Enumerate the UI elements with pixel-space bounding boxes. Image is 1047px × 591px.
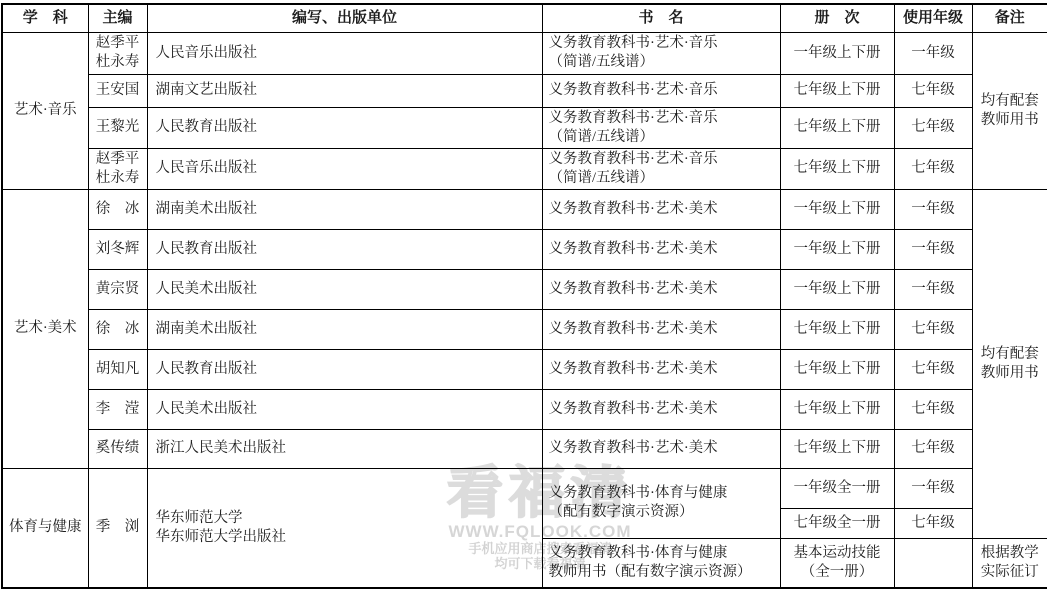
- chief-editor-cell: 王安国: [88, 74, 147, 107]
- publisher-cell: 人民美术出版社: [147, 389, 542, 429]
- header-book-title: 书 名: [542, 4, 780, 32]
- volume-cell: 一年级上下册: [780, 229, 894, 269]
- table-row: 艺术·音乐赵季平 杜永寿人民音乐出版社义务教育教科书·艺术·音乐 （简谱/五线谱…: [2, 32, 1047, 74]
- book-title-cell: 义务教育教科书·艺术·美术: [542, 269, 780, 309]
- volume-cell: 七年级上下册: [780, 74, 894, 107]
- grade-cell: 七年级: [894, 349, 972, 389]
- chief-editor-cell: 王黎光: [88, 107, 147, 148]
- subject-cell: 艺术·美术: [2, 189, 88, 468]
- header-remark: 备注: [972, 4, 1047, 32]
- remark-cell: 均有配套 教师用书: [972, 32, 1047, 189]
- table-row: 王安国湖南文艺出版社义务教育教科书·艺术·音乐七年级上下册七年级: [2, 74, 1047, 107]
- book-title-cell: 义务教育教科书·艺术·音乐: [542, 74, 780, 107]
- book-title-cell: 义务教育教科书·艺术·美术: [542, 309, 780, 349]
- publisher-cell: 浙江人民美术出版社: [147, 429, 542, 468]
- publisher-cell: 人民美术出版社: [147, 269, 542, 309]
- grade-cell: 七年级: [894, 107, 972, 148]
- volume-cell: 七年级上下册: [780, 148, 894, 189]
- publisher-cell: 人民教育出版社: [147, 107, 542, 148]
- header-publisher: 编写、出版单位: [147, 4, 542, 32]
- publisher-cell: 人民教育出版社: [147, 349, 542, 389]
- chief-editor-cell: 赵季平 杜永寿: [88, 32, 147, 74]
- header-grade: 使用年级: [894, 4, 972, 32]
- chief-editor-cell: 李 滢: [88, 389, 147, 429]
- table-row: 体育与健康季 浏华东师范大学 华东师范大学出版社义务教育教科书·体育与健康 （配…: [2, 468, 1047, 508]
- table-row: 赵季平 杜永寿人民音乐出版社义务教育教科书·艺术·音乐 （简谱/五线谱）七年级上…: [2, 148, 1047, 189]
- volume-cell: 七年级全一册: [780, 508, 894, 538]
- table-row: 徐 冰湖南美术出版社义务教育教科书·艺术·美术七年级上下册七年级: [2, 309, 1047, 349]
- publisher-cell: 人民音乐出版社: [147, 148, 542, 189]
- header-chief-editor: 主编: [88, 4, 147, 32]
- chief-editor-cell: 徐 冰: [88, 309, 147, 349]
- volume-cell: 一年级全一册: [780, 468, 894, 508]
- book-title-cell: 义务教育教科书·体育与健康 （配有数字演示资源）: [542, 468, 780, 538]
- chief-editor-cell: 徐 冰: [88, 189, 147, 229]
- table-row: 胡知凡人民教育出版社义务教育教科书·艺术·美术七年级上下册七年级: [2, 349, 1047, 389]
- grade-cell: 一年级: [894, 468, 972, 508]
- volume-cell: 七年级上下册: [780, 389, 894, 429]
- publisher-cell: 湖南美术出版社: [147, 309, 542, 349]
- table-body: 艺术·音乐赵季平 杜永寿人民音乐出版社义务教育教科书·艺术·音乐 （简谱/五线谱…: [2, 32, 1047, 588]
- grade-cell: 七年级: [894, 429, 972, 468]
- subject-cell: 体育与健康: [2, 468, 88, 588]
- chief-editor-cell: 奚传绩: [88, 429, 147, 468]
- book-title-cell: 义务教育教科书·艺术·美术: [542, 349, 780, 389]
- header-row: 学 科主编编写、出版单位书 名册 次使用年级备注: [2, 4, 1047, 32]
- volume-cell: 一年级上下册: [780, 189, 894, 229]
- grade-cell: 七年级: [894, 389, 972, 429]
- remark-cell: 均有配套 教师用书: [972, 189, 1047, 538]
- publisher-cell: 湖南美术出版社: [147, 189, 542, 229]
- volume-cell: 七年级上下册: [780, 107, 894, 148]
- book-title-cell: 义务教育教科书·艺术·音乐 （简谱/五线谱）: [542, 148, 780, 189]
- chief-editor-cell: 刘冬辉: [88, 229, 147, 269]
- book-title-cell: 义务教育教科书·艺术·音乐 （简谱/五线谱）: [542, 32, 780, 74]
- subject-cell: 艺术·音乐: [2, 32, 88, 189]
- book-title-cell: 义务教育教科书·体育与健康 教师用书（配有数字演示资源）: [542, 538, 780, 588]
- publisher-cell: 人民教育出版社: [147, 229, 542, 269]
- volume-cell: 基本运动技能 （全一册）: [780, 538, 894, 588]
- book-title-cell: 义务教育教科书·艺术·美术: [542, 389, 780, 429]
- grade-cell: 七年级: [894, 309, 972, 349]
- book-title-cell: 义务教育教科书·艺术·音乐 （简谱/五线谱）: [542, 107, 780, 148]
- table-row: 王黎光人民教育出版社义务教育教科书·艺术·音乐 （简谱/五线谱）七年级上下册七年…: [2, 107, 1047, 148]
- textbook-table: 学 科主编编写、出版单位书 名册 次使用年级备注 艺术·音乐赵季平 杜永寿人民音…: [1, 3, 1047, 589]
- volume-cell: 七年级上下册: [780, 309, 894, 349]
- volume-cell: 一年级上下册: [780, 32, 894, 74]
- table-row: 刘冬辉人民教育出版社义务教育教科书·艺术·美术一年级上下册一年级: [2, 229, 1047, 269]
- table-row: 艺术·美术徐 冰湖南美术出版社义务教育教科书·艺术·美术一年级上下册一年级均有配…: [2, 189, 1047, 229]
- book-title-cell: 义务教育教科书·艺术·美术: [542, 429, 780, 468]
- header-subject: 学 科: [2, 4, 88, 32]
- table-row: 奚传绩浙江人民美术出版社义务教育教科书·艺术·美术七年级上下册七年级: [2, 429, 1047, 468]
- book-title-cell: 义务教育教科书·艺术·美术: [542, 229, 780, 269]
- publisher-cell: 人民音乐出版社: [147, 32, 542, 74]
- chief-editor-cell: 季 浏: [88, 468, 147, 588]
- book-title-cell: 义务教育教科书·艺术·美术: [542, 189, 780, 229]
- grade-cell: 七年级: [894, 148, 972, 189]
- table-row: 李 滢人民美术出版社义务教育教科书·艺术·美术七年级上下册七年级: [2, 389, 1047, 429]
- chief-editor-cell: 胡知凡: [88, 349, 147, 389]
- table-header: 学 科主编编写、出版单位书 名册 次使用年级备注: [2, 4, 1047, 32]
- grade-cell: [894, 538, 972, 588]
- grade-cell: 一年级: [894, 32, 972, 74]
- grade-cell: 一年级: [894, 229, 972, 269]
- header-volume: 册 次: [780, 4, 894, 32]
- publisher-cell: 华东师范大学 华东师范大学出版社: [147, 468, 542, 588]
- remark-cell: 根据教学 实际征订: [972, 538, 1047, 588]
- table-row: 黄宗贤人民美术出版社义务教育教科书·艺术·美术一年级上下册一年级: [2, 269, 1047, 309]
- grade-cell: 一年级: [894, 269, 972, 309]
- grade-cell: 一年级: [894, 189, 972, 229]
- chief-editor-cell: 黄宗贤: [88, 269, 147, 309]
- chief-editor-cell: 赵季平 杜永寿: [88, 148, 147, 189]
- volume-cell: 七年级上下册: [780, 349, 894, 389]
- publisher-cell: 湖南文艺出版社: [147, 74, 542, 107]
- grade-cell: 七年级: [894, 74, 972, 107]
- grade-cell: 七年级: [894, 508, 972, 538]
- volume-cell: 一年级上下册: [780, 269, 894, 309]
- volume-cell: 七年级上下册: [780, 429, 894, 468]
